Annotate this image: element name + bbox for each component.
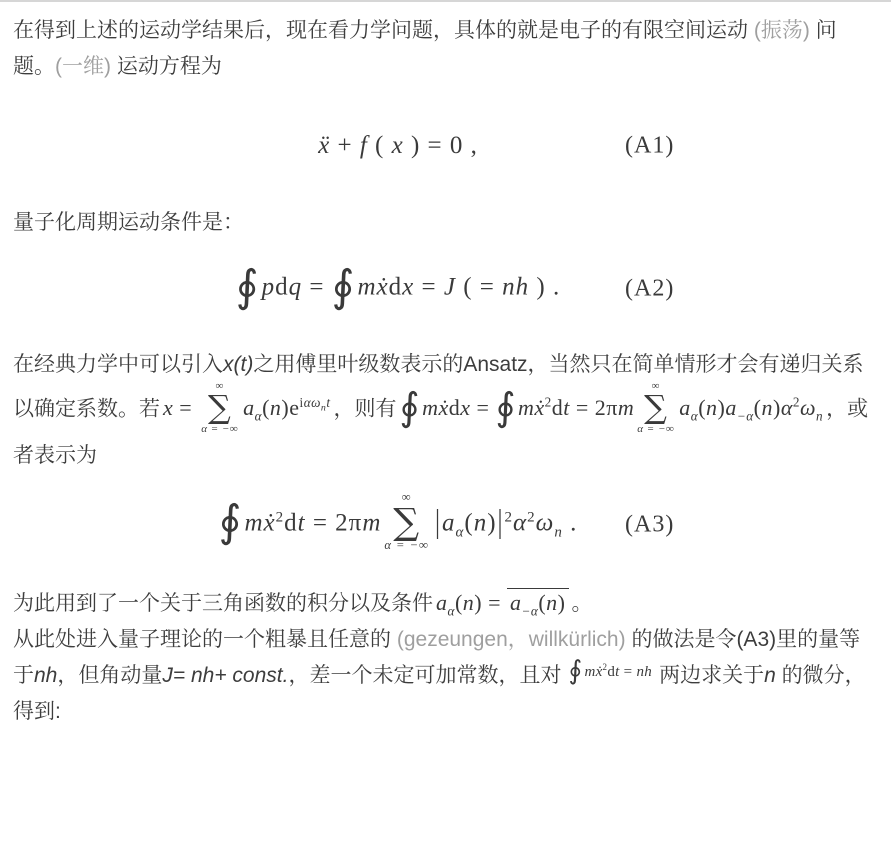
equation-a3: ∮mẋ2dt = 2πm∞∑α = −∞|aα(n)|2α2ωn . (A3) (13, 494, 878, 556)
math-token: ( (455, 590, 463, 615)
text-run: 量子化周期运动条件是： (13, 211, 244, 234)
math-token: nh (502, 274, 529, 301)
math-token: x (402, 274, 414, 301)
subscript: α (255, 409, 262, 424)
subscript: −α (522, 603, 539, 618)
math-token: = (482, 590, 507, 615)
math-token: f (360, 132, 368, 159)
math-token: = (302, 274, 332, 301)
math-token: α (781, 395, 793, 420)
math-token: ( (262, 395, 270, 420)
math-token: d (607, 664, 615, 680)
math-token: ω (536, 509, 555, 536)
equation-a1-body: ẍ + f ( x ) = 0 , (318, 131, 478, 161)
math-token: p (262, 274, 276, 301)
sum-symbol: ∑ (208, 392, 231, 422)
math-token: ) (487, 509, 496, 536)
contour-integral-symbol: ∮ (219, 496, 243, 547)
gray-annotation: (gezeungen，willkürlich) (397, 628, 626, 651)
text-run: 两边求关于 (659, 664, 764, 687)
summation: ∞∑α = −∞ (637, 380, 674, 434)
text-run: Ansatz (463, 353, 527, 376)
math-token: J (444, 274, 456, 301)
math-token: a (243, 395, 255, 420)
math-token: n (270, 395, 282, 420)
math-token: ( (754, 395, 762, 420)
text-run: 为此用到了一个关于三角函数的积分以及条件 (13, 592, 433, 615)
sum-lower-limit: α = −∞ (201, 423, 238, 435)
math-token: ) . (529, 274, 560, 301)
math-token: m (362, 509, 381, 536)
math-token: d (284, 509, 298, 536)
math-token: e (289, 395, 299, 420)
math-token: α (513, 509, 527, 536)
superscript: 2 (276, 509, 285, 525)
text-run: n (764, 664, 776, 687)
math-token: x (392, 132, 404, 159)
math-token: a (510, 590, 522, 615)
math-token: ( (538, 590, 546, 615)
math-token: n (546, 590, 558, 615)
subscript: α (448, 603, 455, 618)
contour-integral-symbol: ∮ (400, 385, 421, 430)
text-run: nh (34, 664, 57, 687)
math-token: mẋ (518, 395, 545, 420)
inline-math: ∮mẋdx = ∮mẋ2dt = 2πm∞∑α = −∞aα(n)a−α(n)α… (400, 395, 824, 420)
math-token: x (460, 395, 470, 420)
math-token: t (298, 509, 306, 536)
math-token: mẋ (422, 395, 449, 420)
math-token: = (173, 395, 198, 420)
equation-a2-label: (A2) (625, 269, 674, 310)
sum-symbol: ∑ (393, 505, 420, 539)
equation-a1-label: (A1) (625, 126, 674, 167)
math-token: a (679, 395, 691, 420)
gray-annotation: (一维) (55, 55, 111, 78)
math-token: αω (304, 395, 321, 410)
math-token: d (552, 395, 564, 420)
contour-integral-symbol: ∮ (332, 261, 356, 312)
math-token: mẋ (357, 274, 388, 301)
inline-math: ∮mẋ2dt = nh (568, 664, 652, 680)
paragraph-quantization-condition: 量子化周期运动条件是： (13, 205, 878, 241)
summation: ∞∑α = −∞ (201, 380, 238, 434)
sum-lower-limit: α = −∞ (384, 539, 429, 553)
math-token: ) (474, 590, 482, 615)
paragraph-condition-note: 为此用到了一个关于三角函数的积分以及条件aα(n) = a−α(n)。 (13, 584, 878, 622)
math-token: d (275, 274, 289, 301)
text-run: ，但角动量 (57, 664, 162, 687)
math-token: ẍ (318, 132, 330, 159)
superscript: iαωnt (300, 395, 331, 410)
math-token: + (330, 132, 360, 159)
summation: ∞∑α = −∞ (384, 491, 429, 553)
text-run: 之用傅里叶级数表示的 (253, 353, 463, 376)
contour-integral-symbol: ∮ (495, 385, 516, 430)
sum-symbol: ∑ (644, 392, 667, 422)
inline-math: aα(n) = a−α(n) (436, 590, 569, 615)
math-token: a (725, 395, 737, 420)
math-token: ( (368, 132, 392, 159)
equation-a1: ẍ + f ( x ) = 0 , (A1) (13, 131, 878, 161)
math-token: nh (637, 664, 653, 680)
text-run: 从此处进入量子理论的一个粗暴且任意的 (13, 628, 397, 651)
superscript: 2 (793, 395, 800, 410)
contour-integral-symbol: ∮ (568, 656, 582, 686)
gray-annotation: (振荡) (754, 19, 810, 42)
math-token: n (706, 395, 718, 420)
contour-integral-symbol: ∮ (236, 261, 260, 312)
math-token: n (463, 590, 475, 615)
math-token: q (289, 274, 303, 301)
math-token: ( (464, 509, 473, 536)
paragraph-ansatz: 在经典力学中可以引入x(t)之用傅里叶级数表示的Ansatz，当然只在简单情形才… (13, 347, 878, 474)
equation-a2: ∮pdq = ∮mẋdx = J ( = nh ) . (A2) (13, 267, 878, 311)
text-run: 在得到上述的运动学结果后，现在看力学问题，具体的就是电子的有限空间运动 (13, 19, 754, 42)
text-run: ，差一个未定可加常数，且对 (288, 664, 561, 687)
equation-a3-body: ∮mẋ2dt = 2πm∞∑α = −∞|aα(n)|2α2ωn . (219, 494, 578, 556)
abs-bar: | (435, 504, 441, 543)
text-run: J= nh+ const. (162, 664, 288, 687)
math-token: = (620, 664, 637, 680)
text-run: 在经典力学中可以引入 (13, 353, 223, 376)
math-token: ) (773, 395, 781, 420)
paragraph-quantum-step: 从此处进入量子理论的一个粗暴且任意的 (gezeungen，willkürlic… (13, 622, 878, 730)
math-token: ω (800, 395, 816, 420)
math-token: d (449, 395, 461, 420)
math-token: n (474, 509, 488, 536)
document-body: 在得到上述的运动学结果后，现在看力学问题，具体的就是电子的有限空间运动 (振荡)… (0, 0, 891, 738)
math-token: mẋ (244, 509, 275, 536)
superscript: 2 (505, 509, 514, 525)
text-run: 。 (572, 592, 593, 615)
subscript: n (816, 409, 823, 424)
superscript: 2 (545, 395, 552, 410)
math-token: m (618, 395, 634, 420)
subscript: −α (737, 409, 754, 424)
equation-a2-body: ∮pdq = ∮mẋdx = J ( = nh ) . (236, 267, 560, 311)
math-token: = 2π (306, 509, 363, 536)
math-token: ( = (456, 274, 502, 301)
math-token: t (326, 395, 330, 410)
math-token: a (436, 590, 448, 615)
math-token: = 2π (570, 395, 618, 420)
math-token: = (414, 274, 444, 301)
equation-a3-label: (A3) (625, 504, 674, 545)
math-token: t (563, 395, 570, 420)
math-token: n (762, 395, 774, 420)
sum-lower-limit: α = −∞ (637, 423, 674, 435)
abs-bar: | (498, 504, 504, 543)
math-token: ) = 0 , (404, 132, 478, 159)
math-token: ) (558, 590, 566, 615)
paragraph-intro: 在得到上述的运动学结果后，现在看力学问题，具体的就是电子的有限空间运动 (振荡)… (13, 13, 878, 85)
math-token: ( (698, 395, 706, 420)
overline-conjugate: a−α(n) (507, 588, 568, 615)
math-token: mẋ (584, 664, 602, 680)
text-run: 运动方程为 (111, 55, 222, 78)
text-run: ，则有 (334, 397, 397, 420)
superscript: 2 (527, 509, 536, 525)
math-token: a (442, 509, 456, 536)
inline-math: x = ∞∑α = −∞aα(n)eiαωnt (163, 395, 331, 420)
math-token: x (163, 395, 173, 420)
subscript: n (554, 524, 563, 540)
math-token: = (471, 395, 496, 420)
text-run: x(t) (223, 353, 253, 376)
math-token: . (563, 509, 578, 536)
math-token: d (389, 274, 403, 301)
